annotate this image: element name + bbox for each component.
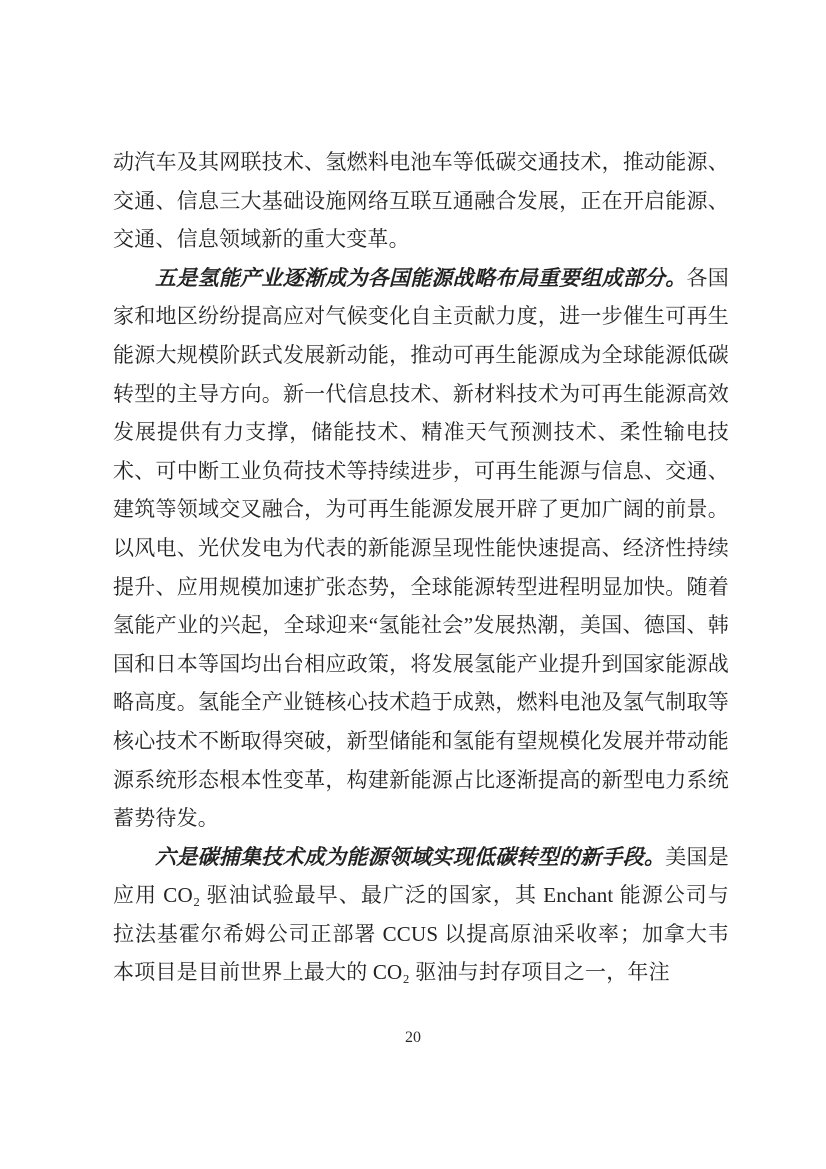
document-page: 动汽车及其网联技术、氢燃料电池车等低碳交通技术，推动能源、交通、信息三大基础设施…	[0, 0, 826, 1169]
paragraph-lead-sentence: 六是碳捕集技术成为能源领域实现低碳转型的新手段。	[155, 845, 665, 869]
paragraph-text: 各国家和地区纷纷提高应对气候变化自主贡献力度，进一步催生可再生能源大规模阶跃式发…	[113, 266, 729, 830]
paragraph: 六是碳捕集技术成为能源领域实现低碳转型的新手段。美国是应用 CO₂ 驱油试验最早…	[113, 838, 729, 992]
paragraph-text: 动汽车及其网联技术、氢燃料电池车等低碳交通技术，推动能源、交通、信息三大基础设施…	[113, 150, 729, 251]
paragraph-lead-sentence: 五是氢能产业逐渐成为各国能源战略布局重要组成部分。	[155, 266, 687, 290]
paragraph: 动汽车及其网联技术、氢燃料电池车等低碳交通技术，推动能源、交通、信息三大基础设施…	[113, 143, 729, 259]
page-number: 20	[0, 1028, 826, 1048]
text-content: 动汽车及其网联技术、氢燃料电池车等低碳交通技术，推动能源、交通、信息三大基础设施…	[113, 143, 729, 992]
paragraph: 五是氢能产业逐渐成为各国能源战略布局重要组成部分。各国家和地区纷纷提高应对气候变…	[113, 259, 729, 838]
